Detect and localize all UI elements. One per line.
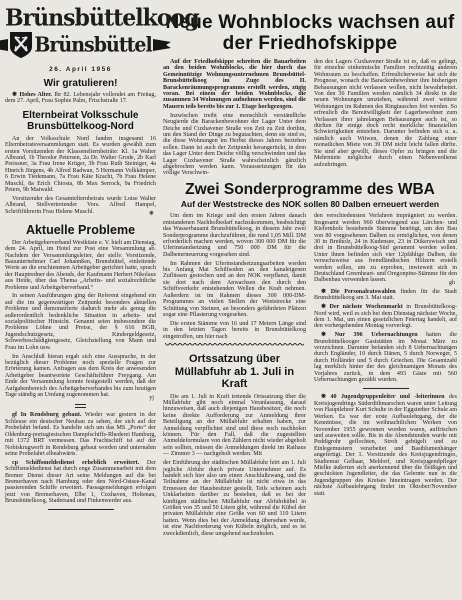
news-brief: cp Schiffsmeldedienst erheblich erweiter… — [5, 460, 156, 505]
rule-divider — [363, 388, 409, 389]
brief-text: des Kreisjugendrings Süderdithmarschen w… — [314, 394, 457, 496]
article-heading-aktuelle-probleme: Aktuelle Probleme — [5, 223, 156, 237]
wavy-divider — [165, 343, 304, 348]
news-brief: ❋ Nur 396 Uebernachtungen hatten die Bru… — [314, 332, 457, 383]
article-paragraph: Der Arbeitgeberverband Westküste e. V. h… — [5, 240, 156, 291]
masthead-title-row: Brünsbüttel — [5, 31, 156, 59]
news-brief: ❋ Die Personalratswahlen finden für die … — [314, 289, 457, 302]
article-wohnblocks: Neue Wohnblocks wachsen auf der Friedhof… — [163, 6, 457, 179]
news-brief: ❋ Der nächste Wochenmarkt in Brunsbüttel… — [314, 304, 457, 330]
article-headline-wohnblocks: Neue Wohnblocks wachsen auf der Friedhof… — [163, 12, 457, 54]
middle-column: Um dem im Kriege und den ersten Jahren d… — [163, 213, 306, 596]
left-column: Brünsbüttelkoog Brünsbüttel 26. Apr — [5, 6, 156, 596]
article-subheadline-wba: Auf der Weststrecke des NOK sollen 80 Da… — [163, 199, 457, 209]
news-brief: ❋ 40 Jugendgruppenleiter und -leiterinne… — [314, 394, 457, 497]
article-paragraph: Inzwischen treibt eine menschlich verstä… — [163, 113, 306, 177]
ornament-divider — [75, 404, 86, 409]
article-paragraph: An der Volksschule Nord fanden insgesamt… — [5, 136, 156, 194]
brief-lead: ❋ Der nächste Wochenmarkt — [321, 304, 403, 310]
wohnblocks-column-right: den des Lagers Cuxhavener Straße ist es,… — [314, 59, 457, 179]
coat-of-arms-icon — [9, 31, 33, 59]
brief-lead: ❋ 40 Jugendgruppenleiter und -leiterinne… — [321, 394, 444, 400]
wohnblocks-columns: Auf der Friedhofskippe schreiten die Bau… — [163, 59, 457, 179]
newspaper-page: Brünsbüttelkoog Brünsbüttel 26. Apr — [0, 0, 462, 600]
ribbon-left-icon — [0, 39, 8, 51]
article-lead-paragraph: Auf der Friedhofskippe schreiten die Bau… — [163, 59, 306, 110]
article-paragraph: der Einführung der städtischen Müllabfuh… — [163, 460, 306, 537]
right-column: den verschiedensten Verfahren imprägnier… — [314, 213, 457, 596]
main-columns: Neue Wohnblocks wachsen auf der Friedhof… — [163, 6, 457, 596]
article-paragraph: Im Anschluß hieran ergab sich eine Aussp… — [5, 354, 156, 399]
masthead-title-line1: Brünsbüttelkoog — [5, 5, 156, 31]
rule-divider — [48, 509, 114, 510]
article-heading-muellabfuhr: Ortssatzung über Müllabfuhr ab 1. Juli i… — [167, 353, 302, 391]
article-paragraph: Um dem im Kriege und den ersten Jahren d… — [163, 213, 306, 258]
article-paragraph: Die am 1. Juli in Kraft tretende Ortssat… — [163, 394, 306, 458]
brief-text: Wieder war gestern in der Schleuse ein d… — [5, 412, 156, 456]
article-heading-elternbeirat: Elternbeirat Volksschule Brunsbüttelkoog… — [13, 110, 148, 133]
article-wba-head: Zwei Sonderprogramme des WBA Auf der Wes… — [163, 179, 457, 213]
brief-lead: cp Schiffsmeldedienst erheblich erweiter… — [12, 460, 139, 466]
masthead-title-line2: Brünsbüttel — [34, 33, 151, 57]
brief-lead: ❋ Die Personalratswahlen — [321, 289, 396, 295]
issue-date: 26. April 1956 — [5, 66, 156, 73]
brief-text: hatten die Brunsbüttelkooger Gaststätten… — [314, 332, 457, 383]
masthead: Brünsbüttelkoog Brünsbüttel 26. Apr — [5, 6, 156, 73]
article-paragraph: In seinen Ausführungen ging der Referent… — [5, 293, 156, 351]
article-paragraph: den des Lagers Cuxhavener Straße ist es,… — [314, 59, 457, 168]
brief-lead: ❋ Nur 396 Uebernachtungen — [321, 332, 418, 338]
article-paragraph: Im Rahmen der Uferinstandsetzungsarbeite… — [163, 261, 306, 319]
section-heading-gratulieren: Wir gratulieren! — [5, 78, 156, 89]
lower-columns: Um dem im Kriege und den ersten Jahren d… — [163, 213, 457, 596]
gratulieren-brief: ❋ Hohes Alter. Ihr 82. Lebensjahr vollen… — [5, 92, 156, 105]
news-brief: gf In Rendsburg gebaut. Wieder war geste… — [5, 412, 156, 457]
article-headline-wba: Zwei Sonderprogramme des WBA — [163, 182, 457, 198]
wohnblocks-column-left: Auf der Friedhofskippe schreiten die Bau… — [163, 59, 306, 179]
article-paragraph: den verschiedensten Verfahren imprägnier… — [314, 213, 457, 283]
brief-lead: gf In Rendsburg gebaut. — [12, 412, 81, 418]
article-paragraph: Die ersten Stämme von 16 und 17 Metern L… — [163, 321, 306, 340]
brief-text: Der Schiffsmeldedienst hat durch enge Zu… — [5, 460, 156, 504]
